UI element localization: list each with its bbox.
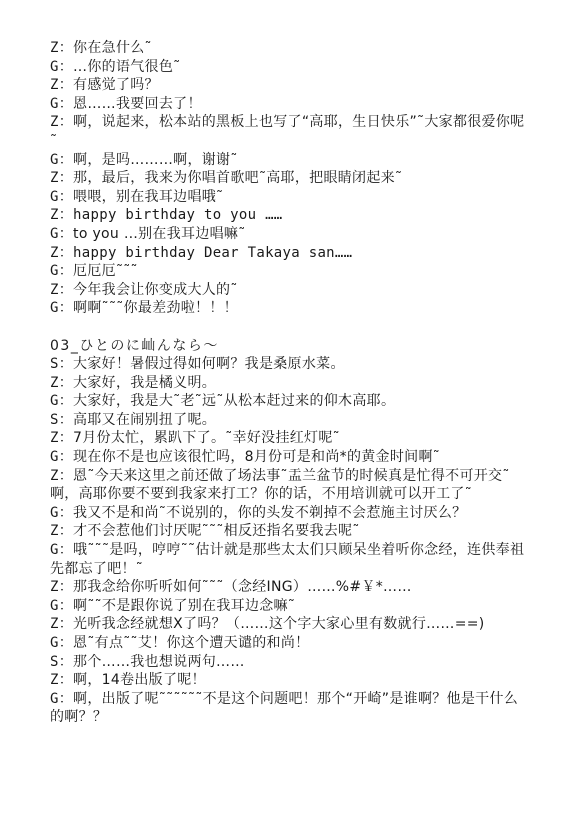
speaker-label: Z bbox=[50, 40, 59, 56]
separator: ： bbox=[59, 393, 73, 409]
dialogue-block-2: S：大家好！暑假过得如何啊？我是桑原水菜。 Z：大家好，我是橘义明。 G：大家好… bbox=[50, 355, 530, 727]
dialogue-line: G：恩˜有点˜˜艾！你这个遭天谴的和尚！ bbox=[50, 634, 530, 653]
line-text: 啊，出版了呢˜˜˜˜˜˜不是这个问题吧！那个“开崎”是谁啊？他是干什么的啊？？ bbox=[50, 691, 518, 726]
separator: ： bbox=[59, 412, 73, 428]
speaker-label: G bbox=[50, 226, 59, 242]
separator: ： bbox=[59, 245, 73, 261]
speaker-label: S bbox=[50, 654, 59, 670]
line-text: 恩˜有点˜˜艾！你这个遭天谴的和尚！ bbox=[73, 635, 309, 651]
separator: ： bbox=[59, 430, 73, 446]
speaker-label: Z bbox=[50, 114, 59, 130]
speaker-label: G bbox=[50, 598, 59, 614]
line-text: 那，最后，我来为你唱首歌吧˜高耶，把眼睛闭起来˜ bbox=[73, 170, 402, 186]
separator: ： bbox=[59, 542, 73, 558]
line-text: happy birthday Dear Takaya san…… bbox=[73, 245, 352, 261]
dialogue-line: G：现在你不是也应该很忙吗，8月份可是和尚*的黄金时间啊˜ bbox=[50, 448, 530, 467]
line-text: 今年我会让你变成大人的˜ bbox=[73, 282, 238, 298]
dialogue-line: Z：才不会惹他们讨厌呢˜˜˜相反还指名要我去呢˜ bbox=[50, 522, 530, 541]
speaker-label: G bbox=[50, 505, 59, 521]
speaker-label: G bbox=[50, 152, 59, 168]
separator: ： bbox=[59, 263, 73, 279]
dialogue-line: G：啊啊˜˜˜你最差劲啦！！！ bbox=[50, 299, 530, 318]
speaker-label: Z bbox=[50, 523, 59, 539]
dialogue-line: Z：光听我念经就想X了吗？（……这个字大家心里有数就行……==) bbox=[50, 615, 530, 634]
dialogue-line: Z：有感觉了吗？ bbox=[50, 76, 530, 95]
line-text: 啊啊˜˜˜你最差劲啦！！！ bbox=[73, 300, 238, 316]
dialogue-line: G：…你的语气很色˜ bbox=[50, 58, 530, 77]
dialogue-line: S：那个……我也想说两句…… bbox=[50, 653, 530, 672]
dialogue-line: G：喂喂，别在我耳边唱哦˜ bbox=[50, 188, 530, 207]
line-text: 现在你不是也应该很忙吗，8月份可是和尚*的黄金时间啊˜ bbox=[73, 449, 440, 465]
dialogue-line: Z：happy birthday to you …… bbox=[50, 206, 530, 225]
speaker-label: G bbox=[50, 189, 59, 205]
speaker-label: G bbox=[50, 542, 59, 558]
line-text: 那我念给你听听如何˜˜˜（念经ING）……%#￥*…… bbox=[73, 579, 412, 595]
dialogue-line: G：恩……我要回去了！ bbox=[50, 95, 530, 114]
speaker-label: Z bbox=[50, 579, 59, 595]
line-text: 那个……我也想说两句…… bbox=[73, 654, 245, 670]
line-text: 喂喂，别在我耳边唱哦˜ bbox=[73, 189, 223, 205]
separator: ： bbox=[59, 170, 73, 186]
speaker-label: S bbox=[50, 412, 59, 428]
dialogue-line: Z：大家好，我是橘义明。 bbox=[50, 374, 530, 393]
separator: ： bbox=[59, 505, 73, 521]
separator: ： bbox=[59, 449, 73, 465]
dialogue-line: Z：今年我会让你变成大人的˜ bbox=[50, 281, 530, 300]
dialogue-line: S：高耶又在闹别扭了呢。 bbox=[50, 411, 530, 430]
dialogue-line: Z：7月份太忙，累趴下了。˜幸好没挂红灯呢˜ bbox=[50, 429, 530, 448]
line-text: 啊，是吗………啊，谢谢˜ bbox=[73, 152, 238, 168]
dialogue-line: Z：那，最后，我来为你唱首歌吧˜高耶，把眼睛闭起来˜ bbox=[50, 169, 530, 188]
separator: ： bbox=[59, 523, 73, 539]
line-text: 7月份太忙，累趴下了。˜幸好没挂红灯呢˜ bbox=[73, 430, 340, 446]
speaker-label: Z bbox=[50, 616, 59, 632]
separator: ： bbox=[59, 77, 73, 93]
separator: ： bbox=[59, 654, 73, 670]
dialogue-line: G：to you …别在我耳边唱嘛˜ bbox=[50, 225, 530, 244]
dialogue-line: Z：啊，说起来，松本站的黑板上也写了“高耶，生日快乐”˜大家都很爱你呢˜ bbox=[50, 113, 530, 150]
separator: ： bbox=[59, 579, 73, 595]
line-text: to you …别在我耳边唱嘛˜ bbox=[73, 226, 245, 242]
speaker-label: Z bbox=[50, 77, 59, 93]
separator: ： bbox=[59, 96, 73, 112]
speaker-label: G bbox=[50, 635, 59, 651]
speaker-label: Z bbox=[50, 282, 59, 298]
speaker-label: G bbox=[50, 59, 59, 75]
separator: ： bbox=[59, 616, 73, 632]
separator: ： bbox=[59, 226, 73, 242]
section-title: 03_ひとのに屾んなら～ bbox=[50, 337, 530, 356]
line-text: 光听我念经就想X了吗？（……这个字大家心里有数就行……==) bbox=[73, 616, 485, 632]
separator: ： bbox=[59, 598, 73, 614]
speaker-label: Z bbox=[50, 207, 59, 223]
line-text: 恩˜今天来这里之前还做了场法事˜盂兰盆节的时候真是忙得不可开交˜啊，高耶你要不要… bbox=[50, 468, 510, 503]
separator: ： bbox=[59, 189, 73, 205]
speaker-label: Z bbox=[50, 375, 59, 391]
line-text: 大家好，我是橘义明。 bbox=[73, 375, 216, 391]
speaker-label: G bbox=[50, 263, 59, 279]
separator: ： bbox=[59, 207, 73, 223]
dialogue-block-1: Z：你在急什么˜ G：…你的语气很色˜ Z：有感觉了吗？ G：恩……我要回去了！… bbox=[50, 39, 530, 318]
dialogue-line: Z：恩˜今天来这里之前还做了场法事˜盂兰盆节的时候真是忙得不可开交˜啊，高耶你要… bbox=[50, 467, 530, 504]
line-text: 啊，说起来，松本站的黑板上也写了“高耶，生日快乐”˜大家都很爱你呢˜ bbox=[50, 114, 524, 149]
speaker-label: Z bbox=[50, 245, 59, 261]
speaker-label: Z bbox=[50, 430, 59, 446]
separator: ： bbox=[59, 282, 73, 298]
separator: ： bbox=[59, 300, 73, 316]
document-page: Z：你在急什么˜ G：…你的语气很色˜ Z：有感觉了吗？ G：恩……我要回去了！… bbox=[50, 39, 530, 727]
separator: ： bbox=[59, 59, 73, 75]
dialogue-line: Z：happy birthday Dear Takaya san…… bbox=[50, 244, 530, 263]
speaker-label: G bbox=[50, 449, 59, 465]
separator: ： bbox=[59, 152, 73, 168]
line-text: 有感觉了吗？ bbox=[73, 77, 159, 93]
separator: ： bbox=[59, 114, 73, 130]
dialogue-line: Z：你在急什么˜ bbox=[50, 39, 530, 58]
blank-line bbox=[50, 318, 530, 337]
speaker-label: S bbox=[50, 356, 59, 372]
dialogue-line: Z：那我念给你听听如何˜˜˜（念经ING）……%#￥*…… bbox=[50, 578, 530, 597]
dialogue-line: G：大家好，我是大˜老˜远˜从松本赶过来的仰木高耶。 bbox=[50, 392, 530, 411]
line-text: 我又不是和尚˜不说别的，你的头发不剃掉不会惹施主讨厌么？ bbox=[73, 505, 466, 521]
line-text: 大家好！暑假过得如何啊？我是桑原水菜。 bbox=[73, 356, 345, 372]
line-text: 高耶又在闹别扭了呢。 bbox=[73, 412, 216, 428]
speaker-label: Z bbox=[50, 468, 59, 484]
dialogue-line: S：大家好！暑假过得如何啊？我是桑原水菜。 bbox=[50, 355, 530, 374]
speaker-label: G bbox=[50, 691, 59, 707]
line-text: 你在急什么˜ bbox=[73, 40, 152, 56]
speaker-label: Z bbox=[50, 672, 59, 688]
separator: ： bbox=[59, 468, 73, 484]
speaker-label: G bbox=[50, 96, 59, 112]
separator: ： bbox=[59, 635, 73, 651]
speaker-label: G bbox=[50, 393, 59, 409]
speaker-label: G bbox=[50, 300, 59, 316]
separator: ： bbox=[59, 375, 73, 391]
line-text: 哦˜˜˜是吗，哼哼˜˜估计就是那些太太们只顾呆坐着听你念经，连供奉祖先都忘了吧！… bbox=[50, 542, 524, 577]
line-text: …你的语气很色˜ bbox=[73, 59, 180, 75]
line-text: 啊，14卷出版了呢！ bbox=[73, 672, 206, 688]
line-text: 恩……我要回去了！ bbox=[73, 96, 202, 112]
line-text: 厄厄厄˜˜˜ bbox=[73, 263, 138, 279]
separator: ： bbox=[59, 672, 73, 688]
separator: ： bbox=[59, 40, 73, 56]
line-text: happy birthday to you …… bbox=[73, 207, 283, 223]
line-text: 大家好，我是大˜老˜远˜从松本赶过来的仰木高耶。 bbox=[73, 393, 395, 409]
dialogue-line: G：哦˜˜˜是吗，哼哼˜˜估计就是那些太太们只顾呆坐着听你念经，连供奉祖先都忘了… bbox=[50, 541, 530, 578]
dialogue-line: G：啊˜˜不是跟你说了别在我耳边念嘛˜ bbox=[50, 597, 530, 616]
line-text: 才不会惹他们讨厌呢˜˜˜相反还指名要我去呢˜ bbox=[73, 523, 360, 539]
dialogue-line: G：啊，出版了呢˜˜˜˜˜˜不是这个问题吧！那个“开崎”是谁啊？他是干什么的啊？… bbox=[50, 690, 530, 727]
dialogue-line: G：厄厄厄˜˜˜ bbox=[50, 262, 530, 281]
line-text: 啊˜˜不是跟你说了别在我耳边念嘛˜ bbox=[73, 598, 295, 614]
dialogue-line: Z：啊，14卷出版了呢！ bbox=[50, 671, 530, 690]
separator: ： bbox=[59, 356, 73, 372]
speaker-label: Z bbox=[50, 170, 59, 186]
separator: ： bbox=[59, 691, 73, 707]
dialogue-line: G：啊，是吗………啊，谢谢˜ bbox=[50, 151, 530, 170]
dialogue-line: G：我又不是和尚˜不说别的，你的头发不剃掉不会惹施主讨厌么？ bbox=[50, 504, 530, 523]
